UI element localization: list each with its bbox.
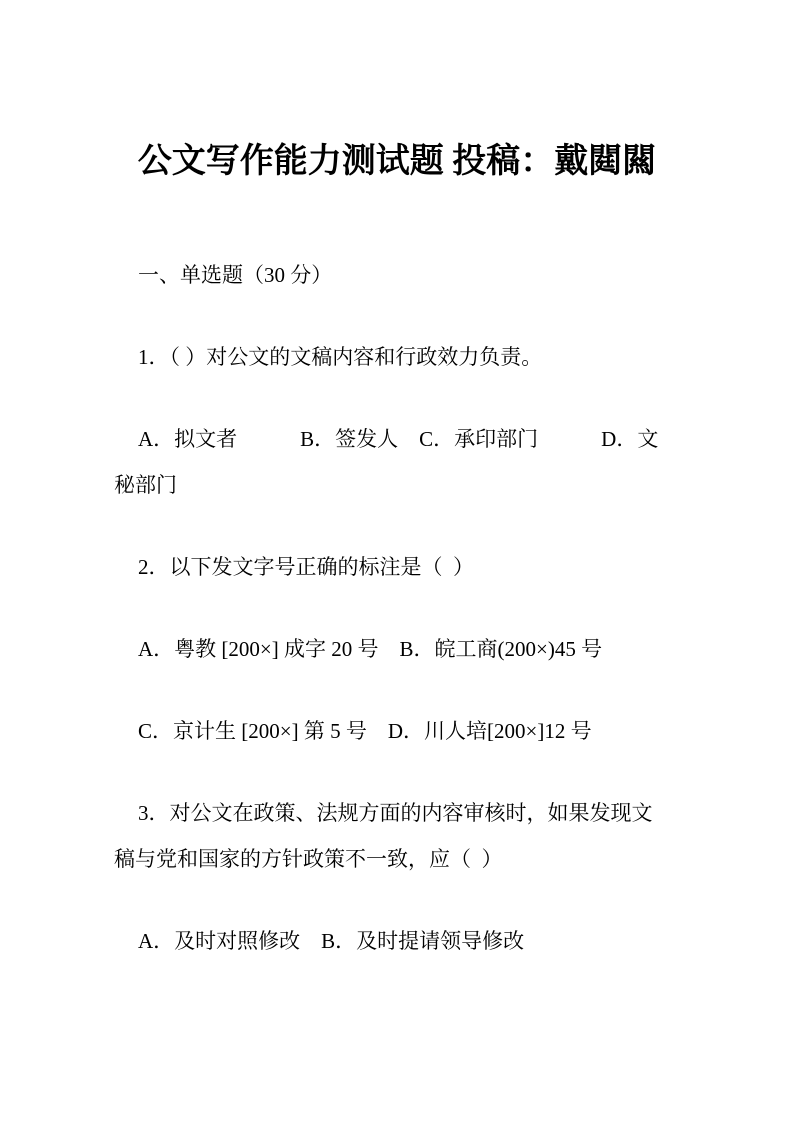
document-title: 公文写作能力测试题 投稿：戴閮闗 [0,138,794,186]
text-line: A．粤教 [200×] 成字 20 号 B．皖工商(200×)45 号 [114,626,666,672]
question-2-options-ab: A．粤教 [200×] 成字 20 号 B．皖工商(200×)45 号 [114,626,666,672]
document-page: 公文写作能力测试题 投稿：戴閮闗 一、单选题（30 分） 1．（ ）对公文的文稿… [0,0,794,1123]
question-2-text: 2．以下发文字号正确的标注是（ ） [114,544,666,590]
question-3-text: 3．对公文在政策、法规方面的内容审核时，如果发现文 稿与党和国家的方针政策不一致… [114,790,666,882]
text-line: 2．以下发文字号正确的标注是（ ） [114,544,666,590]
text-line: 3．对公文在政策、法规方面的内容审核时，如果发现文 [114,790,666,836]
text-line: A．及时对照修改 B．及时提请领导修改 [114,918,666,964]
text-line: 稿与党和国家的方针政策不一致，应（ ） [114,836,666,882]
question-2-options-cd: C．京计生 [200×] 第 5 号 D．川人培[200×]12 号 [114,708,666,754]
text-line: A．拟文者 B．签发人 C．承印部门 D．文 [114,416,666,462]
question-3-options: A．及时对照修改 B．及时提请领导修改 [114,918,666,964]
text-line: 一、单选题（30 分） [114,252,666,298]
text-line: 1．（ ）对公文的文稿内容和行政效力负责。 [114,334,666,380]
section-heading: 一、单选题（30 分） [114,252,666,298]
text-line: C．京计生 [200×] 第 5 号 D．川人培[200×]12 号 [114,708,666,754]
question-1-options: A．拟文者 B．签发人 C．承印部门 D．文 秘部门 [114,416,666,508]
document-body: 一、单选题（30 分） 1．（ ）对公文的文稿内容和行政效力负责。 A．拟文者 … [0,252,794,964]
question-1-text: 1．（ ）对公文的文稿内容和行政效力负责。 [114,334,666,380]
text-line: 秘部门 [114,462,666,508]
